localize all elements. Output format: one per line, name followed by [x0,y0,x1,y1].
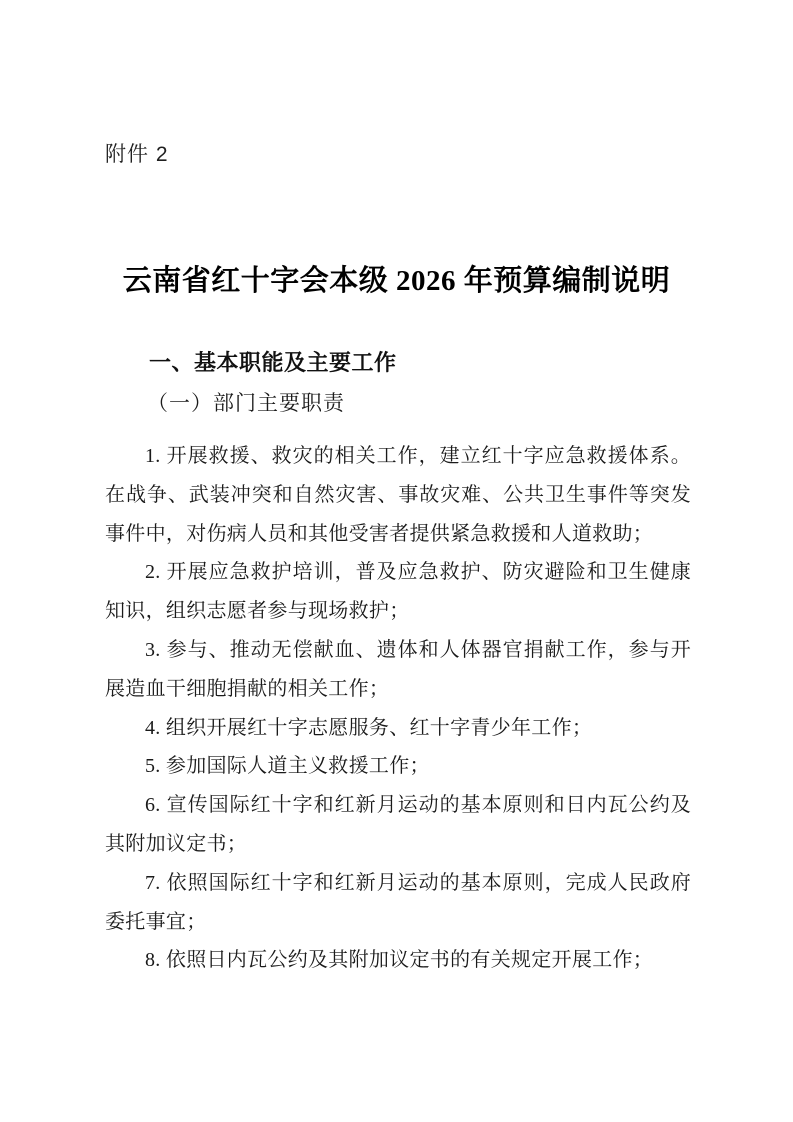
paragraph: 2. 开展应急救护培训，普及应急救护、防灾避险和卫生健康知识，组织志愿者参与现场… [105,553,691,631]
paragraph: 8. 依照日内瓦公约及其附加议定书的有关规定开展工作； [105,941,691,980]
paragraph: 7. 依照国际红十字和红新月运动的基本原则，完成人民政府委托事宜； [105,864,691,942]
paragraph: 6. 宣传国际红十字和红新月运动的基本原则和日内瓦公约及其附加议定书； [105,786,691,864]
section-heading: 一、基本职能及主要工作 [105,348,691,378]
body-text: 1. 开展救援、救灾的相关工作，建立红十字应急救援体系。在战争、武装冲突和自然灾… [105,437,691,980]
attachment-label: 附件 2 [105,142,169,168]
paragraph: 3. 参与、推动无偿献血、遗体和人体器官捐献工作，参与开展造血干细胞捐献的相关工… [105,631,691,709]
paragraph: 4. 组织开展红十字志愿服务、红十字青少年工作； [105,709,691,748]
paragraph: 5. 参加国际人道主义救援工作； [105,747,691,786]
subsection-heading: （一）部门主要职责 [105,388,691,418]
paragraph: 1. 开展救援、救灾的相关工作，建立红十字应急救援体系。在战争、武装冲突和自然灾… [105,437,691,553]
document-page: 附件 2 云南省红十字会本级 2026 年预算编制说明 一、基本职能及主要工作 … [0,0,793,1122]
page-title: 云南省红十字会本级 2026 年预算编制说明 [0,262,793,300]
